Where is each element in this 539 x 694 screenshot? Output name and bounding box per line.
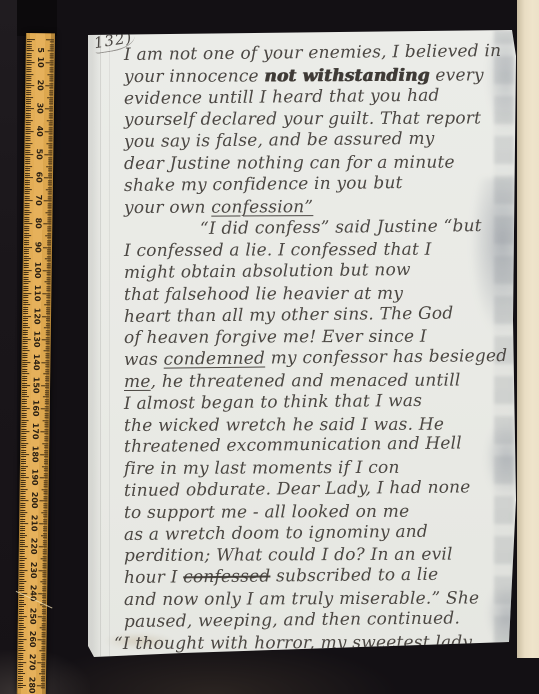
ruler-tick [41,667,46,668]
ruler-tick [43,468,48,469]
ruler-tick [45,360,50,361]
ruler-tick [46,291,51,292]
ruler-tick [42,540,47,541]
manuscript-line: hour I confessed subscribed to a lie [124,565,439,588]
ruler-tick [20,537,25,538]
manuscript-segment: fire in my last moments if I con [124,458,400,479]
ruler-tick [49,65,54,66]
ruler-tick [42,579,47,580]
ruler-tick [22,355,27,356]
ruler-tick [38,570,46,571]
ruler-tick [25,189,32,190]
ruler-tick [45,383,50,384]
ruler-tick [44,434,49,435]
ruler-tick [41,489,48,490]
ruler-tick [47,245,52,246]
ruler-tick [42,397,49,398]
ruler-tick [18,648,23,649]
ruler-tick [41,669,46,670]
ruler-tick [46,318,51,319]
ruler-tick [43,482,48,483]
manuscript-segment: my confessor has besieged [265,346,507,369]
ruler-tick [23,341,28,342]
ruler-tick [46,288,51,289]
ruler-tick [48,115,53,116]
ruler-tick [26,120,33,121]
ruler-tick [45,346,50,347]
ruler-tick [43,374,50,375]
ruler-tick [19,588,24,589]
ruler-tick [19,611,24,612]
manuscript-segment: I am not one of your enemies, I believed… [124,41,501,65]
ruler-tick [18,680,23,681]
struck-word: confessed [183,567,270,588]
ruler-tick [26,78,31,79]
ruler-tick [24,217,29,218]
ruler-label: 280 [25,670,37,694]
ruler-tick [40,687,45,688]
ruler-tick [24,277,29,278]
ruler-tick [19,629,24,630]
ruler-tick [43,503,48,504]
ruler-tick [24,230,29,231]
ruler-tick [19,618,24,619]
ruler-tick [20,558,27,559]
ruler-tick [49,46,54,47]
ruler-tick [25,196,30,197]
ruler-tick [24,260,29,261]
ruler-tick [44,155,52,156]
ruler-tick [24,256,29,257]
ruler-tick [26,136,31,137]
ruler-tick [49,55,54,56]
ruler-tick [18,666,23,667]
ruler-tick [46,307,51,308]
ruler-tick [41,621,46,622]
ruler-tick [47,198,52,199]
ruler-tick [45,341,50,342]
ruler-tick [41,664,46,665]
ruler-tick [41,625,46,626]
ruler-tick [43,270,51,271]
ruler-tick [22,369,27,370]
ruler-tick [48,104,53,105]
ruler-tick [43,496,48,497]
ruler-tick [41,653,46,654]
ruler-tick [46,279,51,280]
ruler-tick [22,360,27,361]
ruler-tick [41,660,46,661]
ruler-tick [18,646,23,647]
ruler-tick [40,678,45,679]
manuscript-line: as a wretch doom to ignominy and [124,521,428,544]
ruler-tick [49,69,54,70]
ruler-tick [21,486,26,487]
ruler-tick [43,484,48,485]
ruler-tick [19,604,26,605]
ruler-tick [43,247,51,248]
ruler-tick [18,669,23,670]
manuscript-segment: not withstanding [264,65,429,86]
ruler-tick [44,452,49,453]
ruler-tick [41,655,46,656]
ruler-tick [21,426,26,427]
ruler-tick [19,602,24,603]
ruler-tick [24,214,29,215]
ruler-tick [21,436,26,437]
ruler-tick [48,159,53,160]
ruler-tick [41,671,46,672]
ruler-tick [39,547,47,548]
manuscript-segment: to support me - all looked on me [124,502,409,523]
ruler-tick [21,440,26,441]
ruler-tick [49,90,54,91]
ruler-tick [23,290,28,291]
ruler-tick [18,659,23,660]
ruler-tick [42,595,47,596]
ruler-tick [48,152,53,153]
ruler-tick [43,531,48,532]
ruler-tick [45,388,50,389]
ruler-tick [18,678,23,679]
ruler-tick [48,145,53,146]
ruler-tick [46,298,51,299]
ruler-tick [25,187,30,188]
ruler-tick [23,330,28,331]
ruler-tick [46,277,51,278]
manuscript-segment: your innocence [124,66,264,87]
ruler-tick [37,685,45,686]
ruler-tick [46,62,54,63]
ruler-tick [20,565,25,566]
manuscript-line: shake my confidence in you but [124,173,403,196]
ruler-tick [19,609,24,610]
ruler-tick [18,650,25,651]
ruler-tick [23,311,28,312]
manuscript-segment: yourself declared your guilt. That repor… [124,109,481,131]
ruler-tick [48,129,53,130]
ruler-tick [27,50,34,51]
ruler-tick [19,586,24,587]
ruler-tick [24,240,29,241]
ruler-tick [20,542,25,543]
ruler-tick [45,390,50,391]
ruler-tick [43,473,48,474]
ruler-tick [47,221,52,222]
ruler-tick [41,676,46,677]
ruler-tick [26,87,31,88]
ruler-tick [45,323,50,324]
ruler-tick [41,632,46,633]
ruler-tick [26,115,31,116]
ruler-tick [27,60,32,61]
ruler-tick [26,122,31,123]
ruler-tick [40,680,45,681]
manuscript-segment: , he threatened and menaced untill [151,371,461,392]
ruler-tick [25,143,32,144]
ruler-tick [49,78,54,79]
ruler-tick [26,83,31,84]
ruler-tick [44,392,49,393]
ruler-tick [20,553,25,554]
manuscript-segment: tinued obdurate. Dear Lady, I had none [124,477,471,501]
ruler-tick [42,567,47,568]
ruler-tick [18,657,23,658]
ruler-tick [46,302,51,303]
ruler-tick [25,150,30,151]
ruler-tick [46,265,51,266]
backdrop-shading [17,0,57,36]
ruler-tick [21,445,26,446]
ruler-tick [26,101,31,102]
ruler-tick [23,295,28,296]
ruler-tick [18,682,23,683]
ruler-tick [19,576,24,577]
ruler-tick [20,498,25,499]
ruler-tick [42,588,47,589]
ruler-tick [45,369,50,370]
ruler-tick [47,242,52,243]
ruler-tick [46,309,51,310]
ruler-tick [42,597,47,598]
ruler-tick [42,542,47,543]
manuscript-line: me, he threatened and menaced untill [124,371,461,392]
ruler-tick [41,362,49,363]
manuscript-line: I confessed a lie. I confessed that I [124,240,432,261]
ruler-tick [46,261,51,262]
ruler-tick [42,537,47,538]
ruler-tick [46,286,51,287]
ruler-tick [20,507,25,508]
manuscript-segment: of heaven forgive me! Ever since I [124,327,427,348]
ruler-tick [25,147,30,148]
ruler-tick [43,328,50,329]
ruler-tick [25,210,30,211]
ruler-tick [47,194,52,195]
ruler-tick [47,180,52,181]
ruler-tick [42,586,47,587]
manuscript-line: heart than all my other sins. The God [124,303,454,326]
ruler-tick [22,422,27,423]
ruler-tick [23,286,28,287]
ruler-tick [44,438,49,439]
ruler-tick [41,648,46,649]
ruler-tick [43,475,48,476]
manuscript-segment: heart than all my other sins. The God [124,303,454,326]
ruler-tick [24,281,31,282]
ruler-tick [40,431,48,432]
manuscript-line: tinued obdurate. Dear Lady, I had none [124,477,471,501]
ruler-tick [42,551,47,552]
ruler-tick [44,394,49,395]
ruler-tick [20,519,25,520]
ruler-tick [26,124,31,125]
ruler-tick [21,459,26,460]
ruler-tick [24,226,29,227]
ruler-tick [47,228,52,229]
ruler-tick [25,203,30,204]
ruler-tick [18,643,23,644]
manuscript-line: dear Justine nothing can for a minute [124,153,455,174]
ruler-tick [27,67,32,68]
ruler-tick [25,161,30,162]
ruler-tick [40,535,47,536]
ruler-tick [46,272,51,273]
ruler-tick [43,526,48,527]
ruler-tick [43,508,48,509]
ruler-tick [39,627,46,628]
manuscript-line: your own confession” [124,197,313,218]
ruler-tick [42,293,50,294]
ruler-tick [25,198,30,199]
ruler-tick [46,249,51,250]
ruler-tick [21,463,26,464]
ruler-tick [25,191,30,192]
ruler-tick [21,475,26,476]
ruler-tick [24,235,31,236]
manuscript-segment: dear Justine nothing can for a minute [124,153,455,174]
manuscript-segment: confession” [211,197,313,217]
ruler-tick [43,521,48,522]
ruler-tick [24,212,31,213]
ruler-tick [48,175,53,176]
ruler-tick [21,470,26,471]
manuscript-segment: that falsehood lie heavier at my [124,284,403,305]
ruler-tick [44,429,49,430]
ruler-tick [39,650,46,651]
ruler-tick [18,655,23,656]
ruler-tick [20,535,27,536]
ruler-tick [26,74,33,75]
ruler-tick [44,461,49,462]
ruler-tick [44,201,52,202]
ruler-tick [47,238,52,239]
measurement-ruler: 5102030405060708090100110120130140150160… [17,33,55,694]
manuscript-line: the wicked wretch he said I was. He [124,414,444,435]
ruler-tick [43,224,51,225]
ruler-tick [24,258,31,259]
manuscript-line: perdition; What could I do? In an evil [124,545,453,566]
ruler-tick [47,217,52,218]
ruler-tick [19,579,24,580]
manuscript-line: your innocence not withstanding every [124,65,484,87]
ruler-tick [48,106,53,107]
ruler-tick [46,166,53,167]
ruler-tick [25,205,30,206]
ruler-tick [48,148,53,149]
ruler-tick [25,170,30,171]
ruler-tick [21,468,26,469]
ruler-tick [41,408,49,409]
ruler-tick [42,584,47,585]
ruler-tick [46,300,51,301]
ruler-tick [21,429,26,430]
ruler-tick [44,281,51,282]
ruler-tick [42,572,47,573]
ruler-tick [46,295,51,296]
ruler-tick [21,443,28,444]
manuscript-line: I am not one of your enemies, I believed… [124,41,501,65]
ruler-tick [27,48,32,49]
ruler-tick [49,72,54,73]
ruler-tick [43,517,48,518]
ruler-tick [46,256,51,257]
ruler-tick [45,235,52,236]
manuscript-line: I almost began to think that I was [124,391,422,414]
ruler-tick [23,353,28,354]
ruler-tick [45,358,50,359]
ruler-tick [18,671,23,672]
ruler-tick [26,133,31,134]
ruler-tick [48,118,53,119]
ruler-tick [25,173,30,174]
ruler-tick [27,64,32,65]
ruler-tick [43,510,48,511]
ruler-tick [48,141,53,142]
ruler-tick [22,392,27,393]
ruler-tick [43,480,48,481]
ruler-tick [19,583,24,584]
ruler-tick [46,120,53,121]
ruler-tick [44,441,49,442]
ruler-tick [23,320,28,321]
ruler-tick [21,433,26,434]
ruler-tick [43,498,48,499]
ruler-tick [27,55,32,56]
manuscript-segment: perdition; What could I do? In an evil [124,545,453,566]
ruler-tick [40,477,48,478]
backdrop-shading [0,0,17,694]
ruler-tick [41,618,46,619]
ruler-tick [37,662,45,663]
ruler-tick [41,609,46,610]
ruler-tick [21,484,26,485]
ruler-tick [48,136,53,137]
ruler-tick [41,607,46,608]
ruler-tick [20,512,27,513]
ruler-tick [19,634,24,635]
ruler-tick [22,413,27,414]
ruler-tick [19,625,24,626]
ruler-tick [20,503,25,504]
ruler-tick [19,606,24,607]
ruler-tick [22,376,27,377]
ruler-tick [43,487,48,488]
ruler-tick [20,509,25,510]
ruler-tick [24,263,29,264]
ruler-tick [47,215,52,216]
ruler-tick [44,258,51,259]
manuscript-segment: threatened excommunication and Hell [124,434,462,458]
ruler-tick [48,122,53,123]
ruler-tick [49,99,54,100]
ruler-tick [42,591,47,592]
ruler-tick [45,325,50,326]
ruler-tick [42,420,49,421]
ruler-tick [24,219,29,220]
ruler-tick [42,554,47,555]
ruler-tick [26,113,31,114]
ruler-tick [20,533,25,534]
ruler-tick [48,127,53,128]
manuscript-line: to support me - all looked on me [124,502,409,523]
ruler-tick [42,549,47,550]
ruler-tick [47,196,52,197]
ruler-tick [24,265,29,266]
ruler-tick [45,378,50,379]
ruler-tick [25,168,30,169]
ruler-tick [39,674,46,675]
